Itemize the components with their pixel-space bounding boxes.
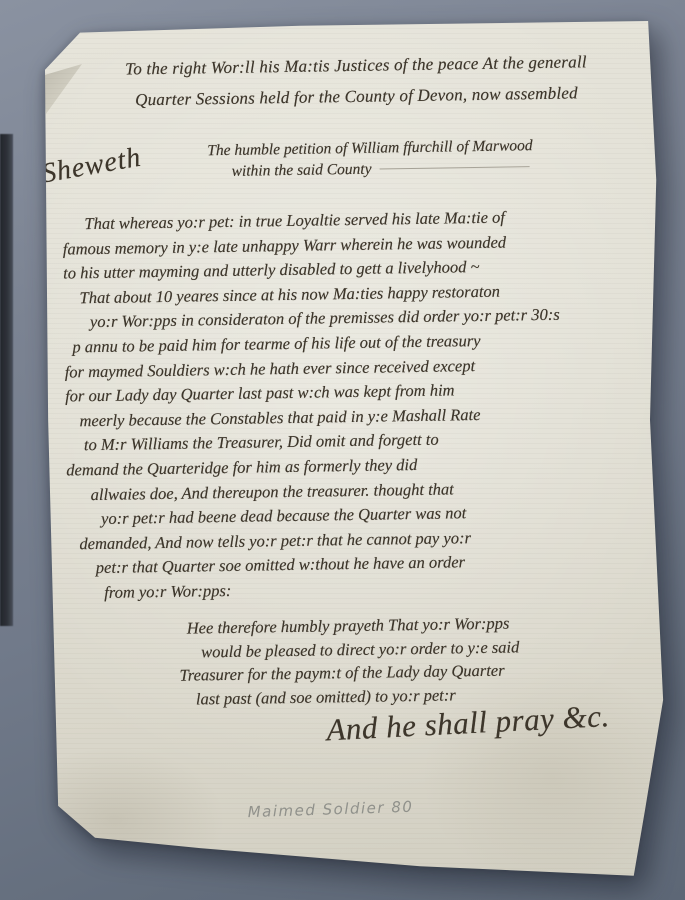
pencil-annotation: Maimed Soldier 80 <box>247 798 413 821</box>
caption-line-2-text: within the said County <box>231 161 371 180</box>
sideword-sheweth: Sheweth <box>40 142 144 191</box>
manuscript-page: To the right Wor:ll his Ma:tis Justices … <box>40 18 665 880</box>
prayer-block: Hee therefore humbly prayeth That yo:r W… <box>161 610 632 711</box>
petition-body: That whereas yo:r pet: in true Loyaltie … <box>62 203 654 606</box>
caption-block: The humble petition of William ffurchill… <box>207 133 648 182</box>
paper-shadow-wrapper: To the right Wor:ll his Ma:tis Justices … <box>0 0 685 900</box>
caption-rule <box>380 166 530 169</box>
manuscript-content: To the right Wor:ll his Ma:tis Justices … <box>33 13 671 885</box>
address-block: To the right Wor:ll his Ma:tis Justices … <box>66 45 647 116</box>
photograph-of-manuscript: To the right Wor:ll his Ma:tis Justices … <box>0 0 685 900</box>
